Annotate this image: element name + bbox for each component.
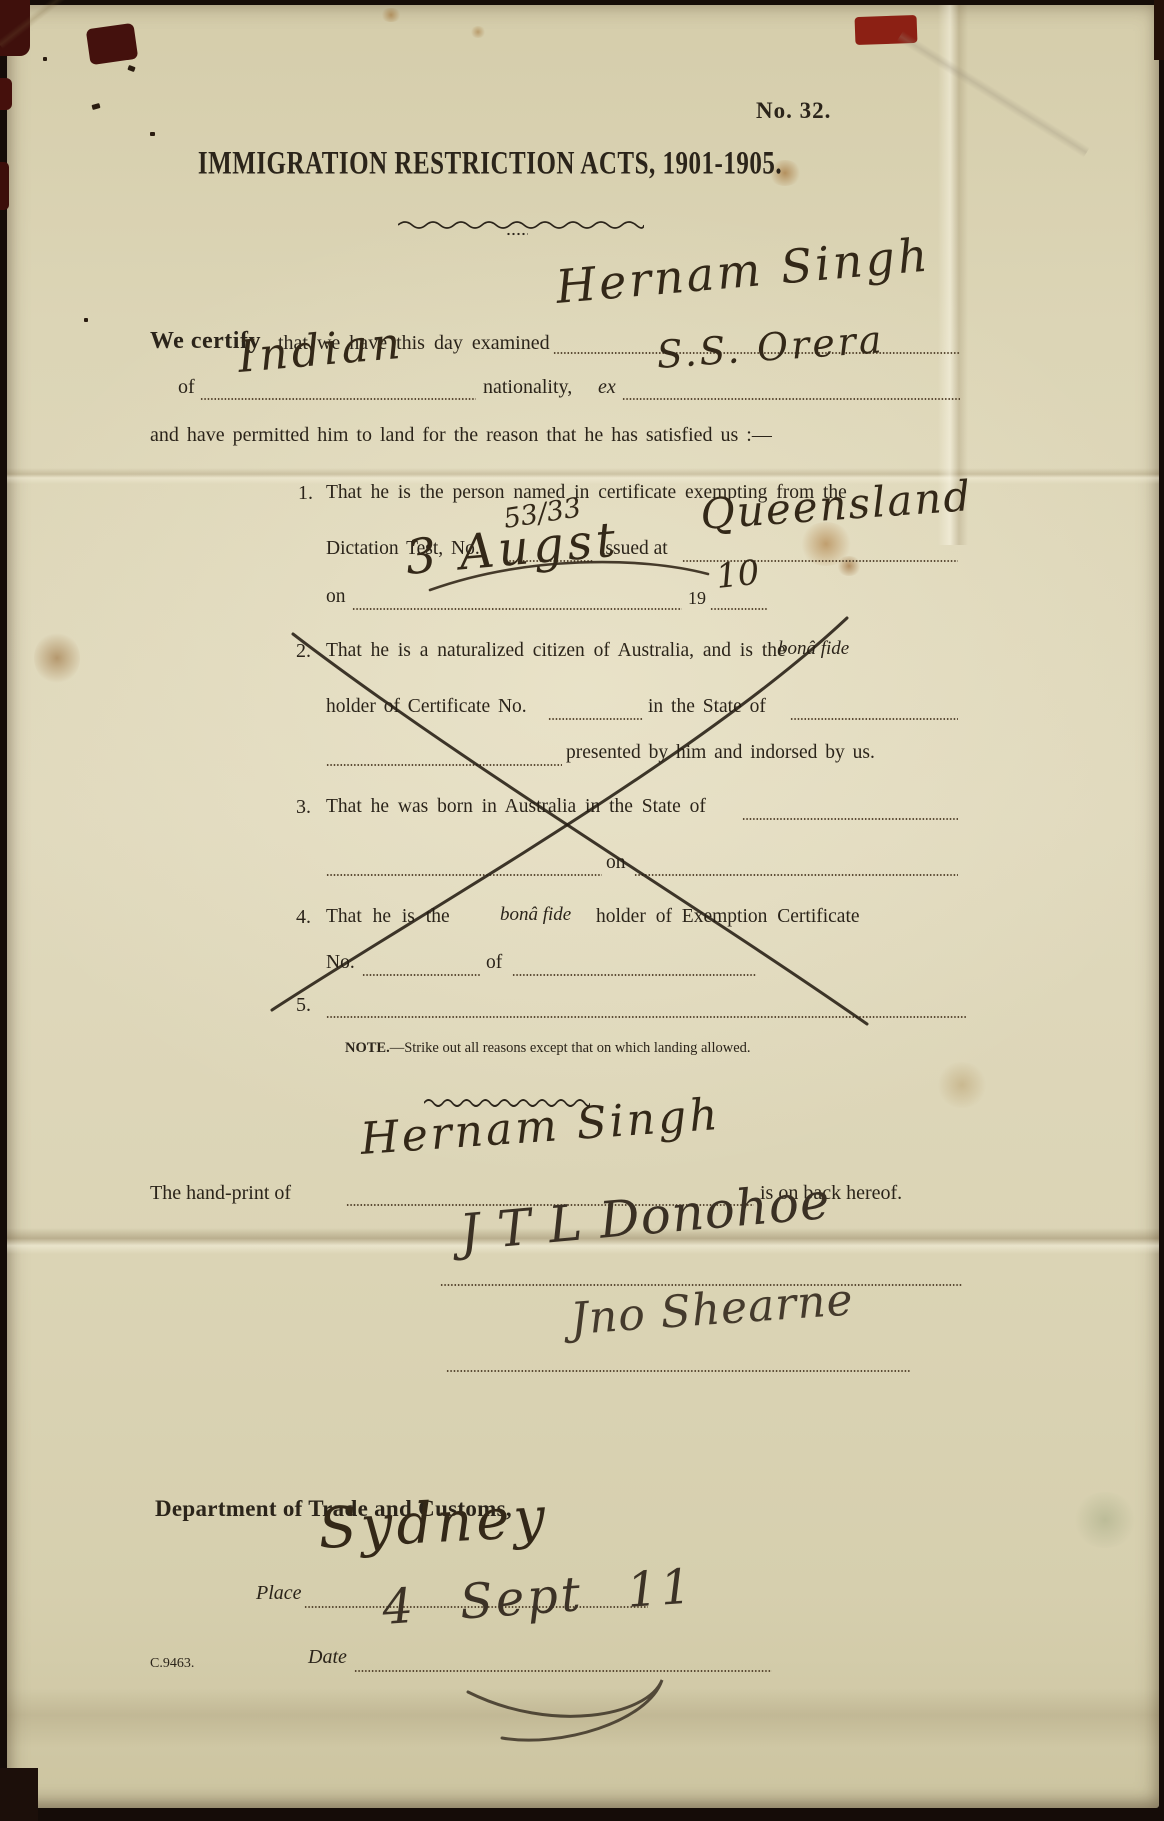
reason-2-line3: presented by him and indorsed by us.: [566, 742, 875, 764]
ex-label: ex: [598, 376, 616, 399]
nationality-label: nationality,: [483, 376, 572, 399]
note-body: —Strike out all reasons except that on w…: [390, 1040, 751, 1056]
page-title: IMMIGRATION RESTRICTION ACTS, 1901-1905.: [140, 146, 840, 183]
born-state-line: [742, 818, 958, 820]
reason-2-line1: That he is a naturalized citizen of Aust…: [326, 640, 786, 662]
note-text: NOTE.—Strike out all reasons except that…: [345, 1040, 751, 1057]
place-label: Place: [256, 1582, 302, 1605]
reason-4-bona-fide: bonâ fide: [500, 904, 571, 926]
reason-4-line2b: of: [486, 952, 502, 974]
year-line: [710, 608, 768, 610]
date-line-footer: [354, 1670, 772, 1672]
born-line2b: [634, 874, 958, 876]
reason-4-line1a: That he is the: [326, 906, 450, 928]
ship-line: [622, 398, 960, 400]
reason-2-number: 2.: [296, 640, 311, 663]
reason-4-number: 4.: [296, 906, 311, 929]
reason-1-number: 1.: [298, 482, 313, 505]
reason-4-line2a: No.: [326, 952, 355, 974]
of-label: of: [178, 376, 195, 399]
reason-5-number: 5.: [296, 994, 311, 1017]
rule-dots: [506, 232, 528, 236]
reason-3-line2: on: [606, 852, 626, 874]
presented-line: [326, 764, 562, 766]
reason-1-on-label: on: [326, 586, 346, 608]
reason-2-bona-fide: bonâ fide: [778, 638, 849, 660]
date-line: [352, 608, 682, 610]
signature-2-line: [446, 1370, 910, 1372]
exemption-of-line: [512, 974, 756, 976]
date-label: Date: [308, 1646, 347, 1669]
handwritten-year: 10: [714, 556, 761, 594]
form-code: C.9463.: [150, 1656, 194, 1672]
reason-2-line2b: in the State of: [648, 696, 766, 718]
reason-4-line1b: holder of Exemption Certificate: [596, 906, 860, 928]
state-line: [790, 718, 958, 720]
handprint-pre: The hand-print of: [150, 1182, 291, 1205]
reason-2-line2a: holder of Certificate No.: [326, 696, 527, 718]
exemption-no-line: [362, 974, 480, 976]
year-printed: 19: [688, 588, 706, 609]
permit-line: and have permitted him to land for the r…: [150, 424, 772, 447]
reason-3-number: 3.: [296, 796, 311, 819]
reason-3-line1: That he was born in Australia in the Sta…: [326, 796, 706, 818]
reason-5-line: [326, 1016, 966, 1018]
doc-number: No. 32.: [756, 98, 831, 124]
handwritten-place: Sydney: [317, 1490, 550, 1558]
nationality-line: [200, 398, 476, 400]
note-label: NOTE.: [345, 1040, 390, 1056]
cert-no2-line: [548, 718, 643, 720]
born-line2a: [326, 874, 602, 876]
